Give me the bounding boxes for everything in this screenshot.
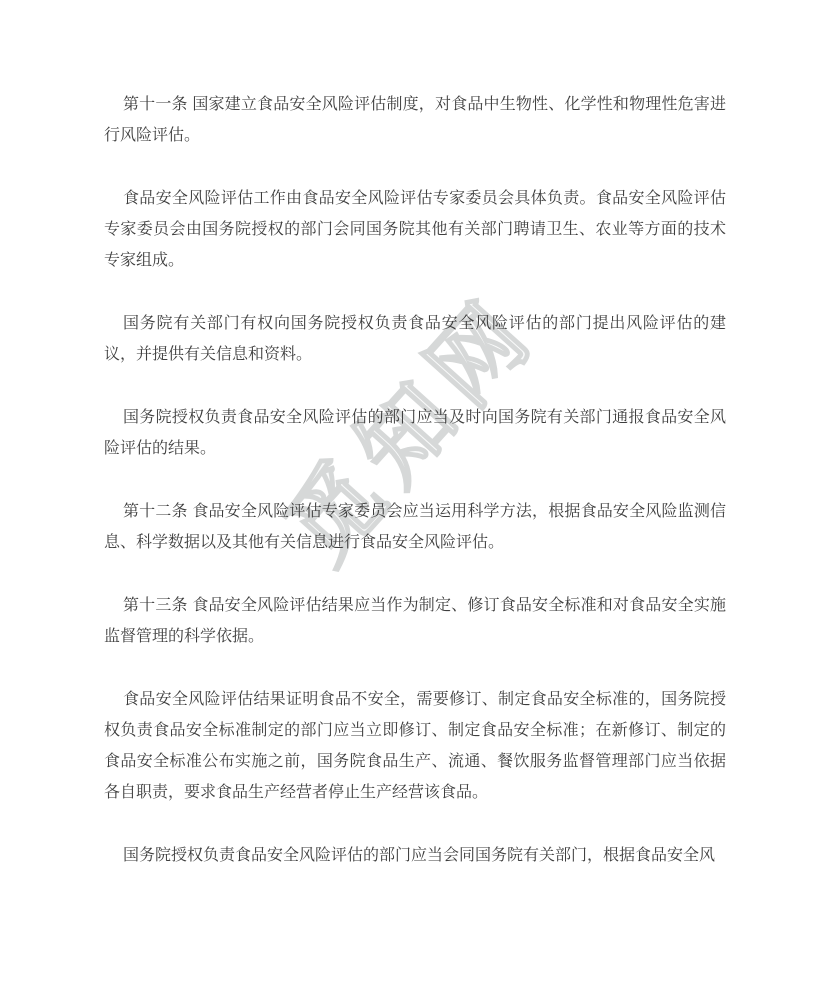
paragraph-unsafe-food-standards: 食品安全风险评估结果证明食品不安全，需要修订、制定食品安全标准的，国务院授权负责… — [104, 684, 726, 808]
paragraph-risk-assessment-suggestion: 国务院有关部门有权向国务院授权负责食品安全风险评估的部门提出风险评估的建议，并提… — [104, 308, 726, 370]
paragraph-continued-last-line: 国务院授权负责食品安全风险评估的部门应当会同国务院有关部门，根据食品安全风 — [104, 840, 726, 871]
paragraph-article-13: 第十三条 食品安全风险评估结果应当作为制定、修订食品安全标准和对食品安全实施监督… — [104, 590, 726, 652]
paragraph-result-notification: 国务院授权负责食品安全风险评估的部门应当及时向国务院有关部门通报食品安全风险评估… — [104, 402, 726, 464]
document-page: 觅知网 第十一条 国家建立食品安全风险评估制度，对食品中生物性、化学性和物理性危… — [0, 0, 830, 986]
paragraph-article-11: 第十一条 国家建立食品安全风险评估制度，对食品中生物性、化学性和物理性危害进行风… — [104, 89, 726, 151]
document-content: 第十一条 国家建立食品安全风险评估制度，对食品中生物性、化学性和物理性危害进行风… — [104, 89, 726, 903]
paragraph-article-12: 第十二条 食品安全风险评估专家委员会应当运用科学方法，根据食品安全风险监测信息、… — [104, 496, 726, 558]
paragraph-expert-committee: 食品安全风险评估工作由食品安全风险评估专家委员会具体负责。食品安全风险评估专家委… — [104, 183, 726, 276]
